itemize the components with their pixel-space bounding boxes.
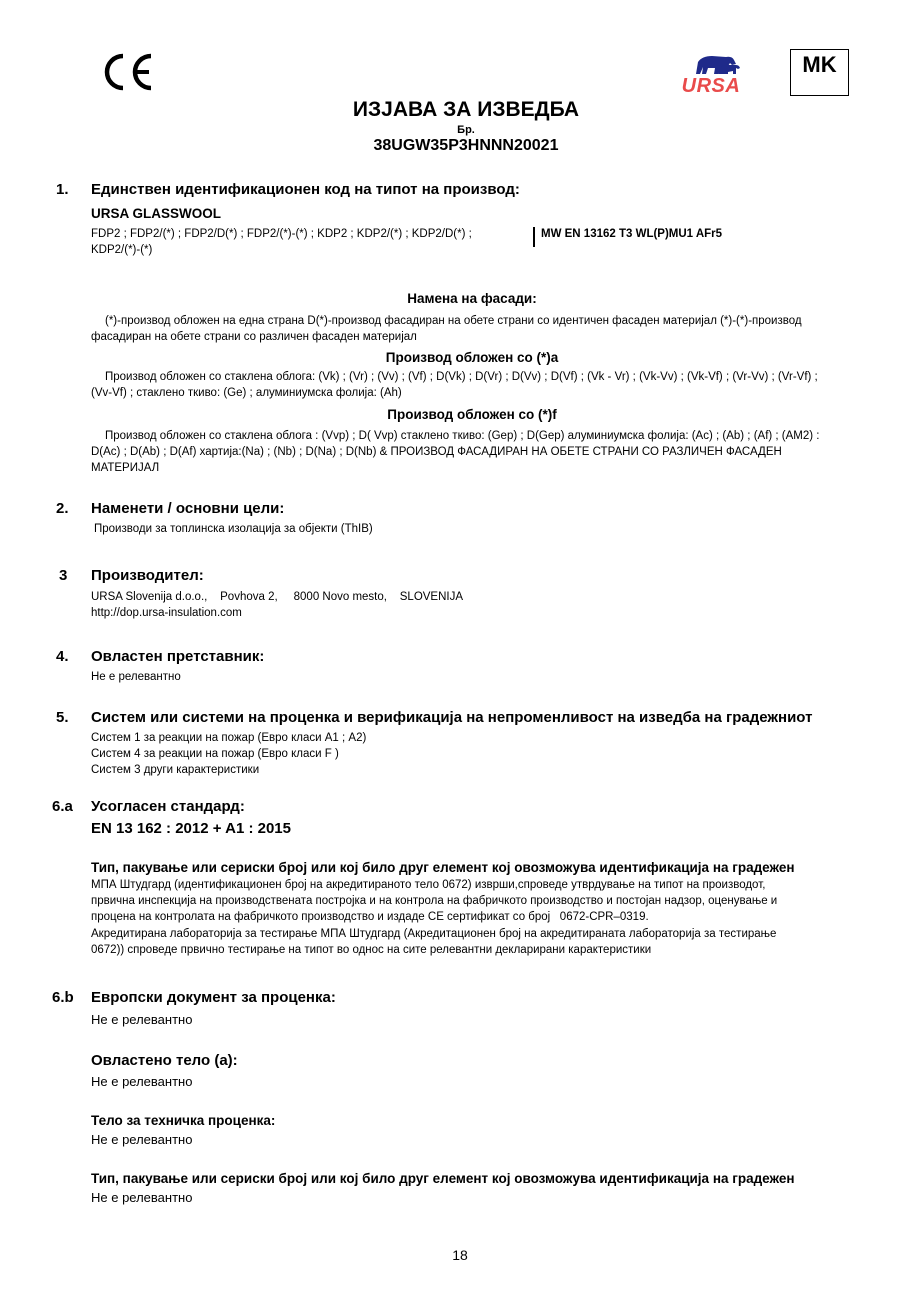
intended-use-text: Производи за топлинска изолација за обје… [94,521,373,537]
ce-mark-icon [103,52,155,92]
section-6b-heading: Европски документ за проценка: [91,989,336,1006]
section-1-heading: Единствен идентификационен код на типот … [91,181,520,198]
harmonised-standard: EN 13 162 : 2012 + A1 : 2015 [91,820,291,837]
section-1-number: 1. [56,181,69,198]
page-number: 18 [0,1247,920,1263]
faced-f-text: Производ обложен со стаклена облога : (V… [91,428,826,476]
avcp-system-line: Систем 1 за реакции на пожар (Евро класи… [91,730,366,746]
ead-text: Не е релевантно [91,1012,192,1028]
notified-body-line: процена на контролата на фабричкото прои… [91,909,649,925]
section-4-heading: Овластен претставник: [91,648,264,665]
notified-body-heading: Овластено тело (а): [91,1052,238,1069]
section-3-number: 3 [59,567,67,584]
section-5-heading: Систем или системи на проценка и верифик… [91,709,812,726]
type-identification-text: Не е релевантно [91,1190,192,1206]
notified-body-text: Не е релевантно [91,1074,192,1090]
section-2-heading: Наменети / основни цели: [91,500,284,517]
document-number: 38UGW35P3HNNN20021 [0,137,920,155]
faced-f-heading: Производ обложен со (*)f [91,407,853,422]
notified-body-line: Акредитирана лабораторија за тестирање М… [91,926,776,942]
product-code: MW EN 13162 T3 WL(P)MU1 AFr5 [541,226,722,242]
ursa-logo: URSA [676,52,746,96]
faced-a-text: Производ обложен со стаклена облога: (Vk… [91,369,839,401]
type-identification-heading: Тип, пакување или сериски број или кој б… [91,1171,795,1186]
avcp-system-line: Систем 3 други карактеристики [91,762,259,778]
section-6a-heading: Усогласен стандард: [91,798,245,815]
section-2-number: 2. [56,500,69,517]
tab-text: Не е релевантно [91,1132,192,1148]
section-4-number: 4. [56,648,69,665]
document-title: ИЗЈАВА ЗА ИЗВЕДБА [0,98,920,122]
section-6a-subheading: Тип, пакување или сериски број или кој б… [91,860,795,875]
country-code-box: MK [790,49,849,96]
tab-heading: Тело за техничка проценка: [91,1113,275,1128]
product-variants-line2: KDP2/(*)-(*) [91,242,152,258]
product-variants-line1: FDP2 ; FDP2/(*) ; FDP2/D(*) ; FDP2/(*)-(… [91,226,472,242]
representative-text: Не е релевантно [91,669,181,685]
product-name: URSA GLASSWOOL [91,206,221,221]
section-6a-number: 6.a [52,798,73,815]
manufacturer-address: URSA Slovenija d.o.o., Povhova 2, 8000 N… [91,589,463,605]
divider [533,227,535,247]
notified-body-line: МПА Штудгард (идентификационен број на а… [91,877,765,893]
avcp-system-line: Систем 4 за реакции на пожар (Евро класи… [91,746,339,762]
facing-text: (*)-производ обложен на една страна D(*)… [91,313,839,345]
facing-heading: Намена на фасади: [91,291,853,306]
section-5-number: 5. [56,709,69,726]
notified-body-line: 0672)) спроведе првично тестирање на тип… [91,942,651,958]
manufacturer-website-link[interactable]: http://dop.ursa-insulation.com [91,605,242,621]
section-6b-number: 6.b [52,989,74,1006]
faced-a-heading: Производ обложен со (*)a [91,350,853,365]
section-3-heading: Производител: [91,567,204,584]
logo-text: URSA [676,76,746,96]
number-label: Бр. [0,124,920,136]
notified-body-line: првична инспекција на производствената п… [91,893,777,909]
